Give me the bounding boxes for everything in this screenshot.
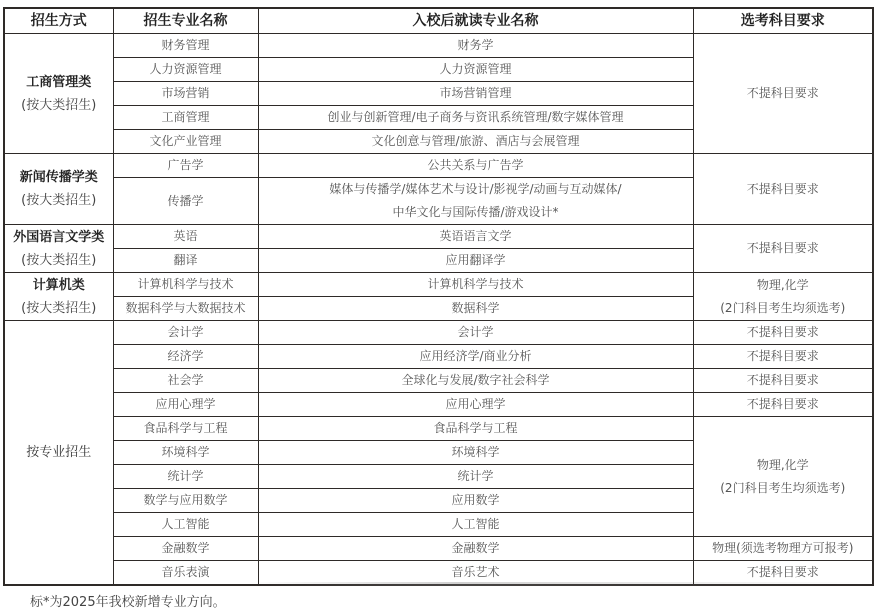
study-major-cell: 创业与创新管理/电子商务与资讯系统管理/数字媒体管理: [258, 106, 693, 130]
enroll-major-cell: 会计学: [113, 321, 258, 345]
page-fold-shadow: [250, 582, 874, 586]
study-major-cell: 公共关系与广告学: [258, 154, 693, 178]
enroll-major-cell: 统计学: [113, 465, 258, 489]
study-major-cell: 英语语言文学: [258, 225, 693, 249]
enroll-major-cell: 经济学: [113, 345, 258, 369]
enroll-major-cell: 市场营销: [113, 82, 258, 106]
group-cell-computer: 计算机类 (按大类招生): [4, 273, 113, 321]
group-cell-by-major: 按专业招生: [4, 321, 113, 586]
requirement-cell: 不提科目要求: [693, 225, 873, 273]
study-major-cell: 计算机科学与技术: [258, 273, 693, 297]
study-major-cell: 食品科学与工程: [258, 417, 693, 441]
group-name: 外国语言文学类: [5, 226, 113, 249]
enroll-major-cell: 广告学: [113, 154, 258, 178]
group-name: 按专业招生: [5, 441, 113, 464]
requirement-cell: 不提科目要求: [693, 393, 873, 417]
study-major-cell: 人工智能: [258, 513, 693, 537]
group-sub: (按大类招生): [5, 189, 113, 212]
table-row: 食品科学与工程 食品科学与工程 物理,化学 (2门科目考生均须选考): [4, 417, 873, 441]
group-name: 工商管理类: [5, 71, 113, 94]
study-major-cell: 市场营销管理: [258, 82, 693, 106]
table-header-row: 招生方式 招生专业名称 入校后就读专业名称 选考科目要求: [4, 8, 873, 34]
enroll-major-cell: 环境科学: [113, 441, 258, 465]
requirement-line: 物理,化学: [694, 454, 873, 477]
enroll-major-cell: 社会学: [113, 369, 258, 393]
header-study-major: 入校后就读专业名称: [258, 8, 693, 34]
study-major-line: 媒体与传播学/媒体艺术与设计/影视学/动画与互动媒体/: [259, 178, 693, 201]
table-row: 计算机类 (按大类招生) 计算机科学与技术 计算机科学与技术 物理,化学 (2门…: [4, 273, 873, 297]
study-major-cell: 媒体与传播学/媒体艺术与设计/影视学/动画与互动媒体/ 中华文化与国际传播/游戏…: [258, 178, 693, 225]
study-major-cell: 全球化与发展/数字社会科学: [258, 369, 693, 393]
enroll-major-cell: 数学与应用数学: [113, 489, 258, 513]
enroll-major-cell: 财务管理: [113, 34, 258, 58]
group-sub: (按大类招生): [5, 249, 113, 272]
admissions-table: 招生方式 招生专业名称 入校后就读专业名称 选考科目要求 工商管理类 (按大类招…: [3, 7, 874, 586]
enroll-major-cell: 数据科学与大数据技术: [113, 297, 258, 321]
footnote: 标*为2025年我校新增专业方向。: [30, 591, 226, 610]
group-cell-foreign-languages: 外国语言文学类 (按大类招生): [4, 225, 113, 273]
study-major-cell: 金融数学: [258, 537, 693, 561]
group-cell-business: 工商管理类 (按大类招生): [4, 34, 113, 154]
study-major-cell: 会计学: [258, 321, 693, 345]
requirement-line: 物理,化学: [694, 274, 873, 297]
enroll-major-cell: 音乐表演: [113, 561, 258, 586]
study-major-cell: 统计学: [258, 465, 693, 489]
enroll-major-cell: 人工智能: [113, 513, 258, 537]
table-row: 新闻传播学类 (按大类招生) 广告学 公共关系与广告学 不提科目要求: [4, 154, 873, 178]
requirement-cell: 不提科目要求: [693, 321, 873, 345]
enroll-major-cell: 应用心理学: [113, 393, 258, 417]
enroll-major-cell: 英语: [113, 225, 258, 249]
group-sub: (按大类招生): [5, 297, 113, 320]
header-enroll-method: 招生方式: [4, 8, 113, 34]
group-sub: (按大类招生): [5, 94, 113, 117]
study-major-cell: 应用经济学/商业分析: [258, 345, 693, 369]
table-row: 应用心理学 应用心理学 不提科目要求: [4, 393, 873, 417]
table-row: 经济学 应用经济学/商业分析 不提科目要求: [4, 345, 873, 369]
study-major-cell: 应用数学: [258, 489, 693, 513]
study-major-cell: 数据科学: [258, 297, 693, 321]
table-row: 金融数学 金融数学 物理(须选考物理方可报考): [4, 537, 873, 561]
enroll-major-cell: 食品科学与工程: [113, 417, 258, 441]
header-enroll-major: 招生专业名称: [113, 8, 258, 34]
requirement-cell: 不提科目要求: [693, 345, 873, 369]
study-major-cell: 财务学: [258, 34, 693, 58]
group-name: 计算机类: [5, 274, 113, 297]
enroll-major-cell: 文化产业管理: [113, 130, 258, 154]
requirement-cell: 物理,化学 (2门科目考生均须选考): [693, 417, 873, 537]
enroll-major-cell: 工商管理: [113, 106, 258, 130]
table-row: 社会学 全球化与发展/数字社会科学 不提科目要求: [4, 369, 873, 393]
study-major-cell: 环境科学: [258, 441, 693, 465]
group-name: 新闻传播学类: [5, 166, 113, 189]
table-row: 工商管理类 (按大类招生) 财务管理 财务学 不提科目要求: [4, 34, 873, 58]
requirement-line: (2门科目考生均须选考): [694, 477, 873, 500]
requirement-cell: 不提科目要求: [693, 34, 873, 154]
header-subject-requirement: 选考科目要求: [693, 8, 873, 34]
admissions-document: 招生方式 招生专业名称 入校后就读专业名称 选考科目要求 工商管理类 (按大类招…: [3, 7, 874, 586]
study-major-cell: 人力资源管理: [258, 58, 693, 82]
table-row: 按专业招生 会计学 会计学 不提科目要求: [4, 321, 873, 345]
table-row: 外国语言文学类 (按大类招生) 英语 英语语言文学 不提科目要求: [4, 225, 873, 249]
enroll-major-cell: 计算机科学与技术: [113, 273, 258, 297]
requirement-cell: 不提科目要求: [693, 154, 873, 225]
study-major-cell: 应用翻译学: [258, 249, 693, 273]
requirement-cell: 物理,化学 (2门科目考生均须选考): [693, 273, 873, 321]
group-cell-journalism: 新闻传播学类 (按大类招生): [4, 154, 113, 225]
requirement-cell: 不提科目要求: [693, 369, 873, 393]
study-major-cell: 应用心理学: [258, 393, 693, 417]
enroll-major-cell: 传播学: [113, 178, 258, 225]
study-major-line: 中华文化与国际传播/游戏设计*: [259, 201, 693, 224]
enroll-major-cell: 金融数学: [113, 537, 258, 561]
enroll-major-cell: 人力资源管理: [113, 58, 258, 82]
enroll-major-cell: 翻译: [113, 249, 258, 273]
requirement-line: (2门科目考生均须选考): [694, 297, 873, 320]
study-major-cell: 文化创意与管理/旅游、酒店与会展管理: [258, 130, 693, 154]
requirement-cell: 物理(须选考物理方可报考): [693, 537, 873, 561]
